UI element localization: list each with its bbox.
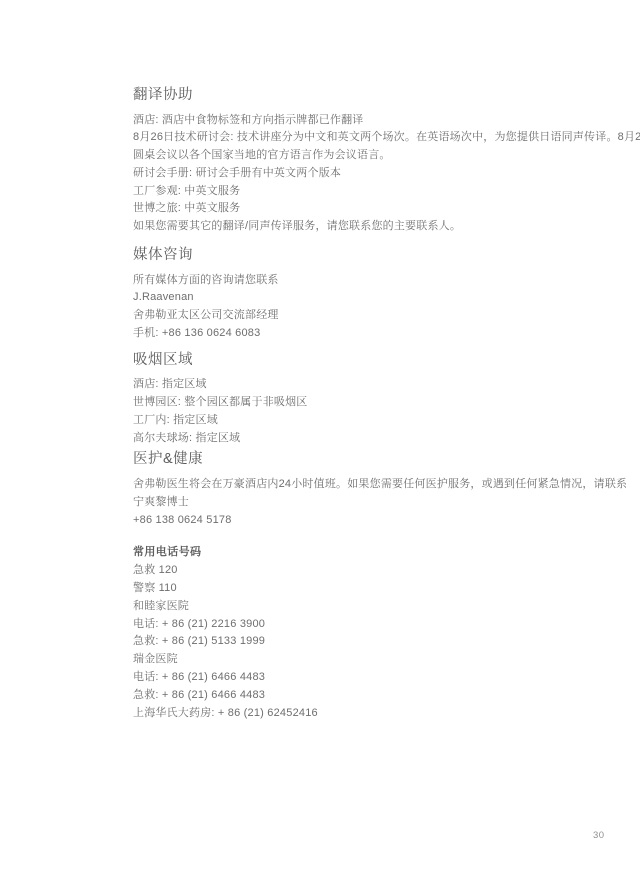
text-line: 酒店: 指定区域: [133, 376, 605, 394]
page-content: 翻译协助 酒店: 酒店中食物标签和方向指示牌都已作翻译 8月26日技术研讨会: …: [133, 88, 605, 722]
phone-line: 急救: + 86 (21) 6466 4483: [133, 687, 605, 705]
hospital-name: 瑞金医院: [133, 651, 605, 669]
phone-line: 急救: + 86 (21) 5133 1999: [133, 633, 605, 651]
section-smoking-areas: 吸烟区域 酒店: 指定区域 世博园区: 整个园区都属于非吸烟区 工厂内: 指定区…: [133, 353, 605, 448]
text-line: 圆桌会议以各个国家当地的官方语言作为会议语言。: [133, 147, 605, 165]
phone-line: 上海华氏大药房: + 86 (21) 62452416: [133, 705, 605, 723]
section-heading-medical: 医护&健康: [133, 452, 605, 467]
section-heading-smoking: 吸烟区域: [133, 353, 605, 368]
phone-line: 警察 110: [133, 580, 605, 598]
contact-name: J.Raavenan: [133, 289, 605, 307]
text-line: 所有媒体方面的咨询请您联系: [133, 272, 605, 290]
page-number: 30: [593, 830, 605, 841]
text-line: 酒店: 酒店中食物标签和方向指示牌都已作翻译: [133, 112, 605, 130]
section-heading-translation: 翻译协助: [133, 88, 605, 103]
section-heading-media: 媒体咨询: [133, 248, 605, 263]
contact-title: 舍弗勒亚太区公司交流部经理: [133, 307, 605, 325]
phone-line: 急救 120: [133, 562, 605, 580]
text-line: 舍弗勒医生将会在万豪酒店内24小时值班。如果您需要任何医护服务，或遇到任何紧急情…: [133, 476, 605, 494]
phone-line: 电话: + 86 (21) 6466 4483: [133, 669, 605, 687]
section-media-inquiries: 媒体咨询 所有媒体方面的咨询请您联系 J.Raavenan 舍弗勒亚太区公司交流…: [133, 248, 605, 343]
text-line: 工厂参观: 中英文服务: [133, 183, 605, 201]
contact-name: 宁爽黎博士: [133, 494, 605, 512]
text-line: 研讨会手册: 研讨会手册有中英文两个版本: [133, 165, 605, 183]
text-line: 工厂内: 指定区域: [133, 412, 605, 430]
text-line: 高尔夫球场: 指定区域: [133, 430, 605, 448]
contact-phone: +86 138 0624 5178: [133, 512, 605, 530]
phone-line: 电话: + 86 (21) 2216 3900: [133, 616, 605, 634]
contact-phone: 手机: +86 136 0624 6083: [133, 325, 605, 343]
section-medical-health: 医护&健康 舍弗勒医生将会在万豪酒店内24小时值班。如果您需要任何医护服务，或遇…: [133, 452, 605, 529]
section-phone-numbers: 常用电话号码 急救 120 警察 110 和睦家医院 电话: + 86 (21)…: [133, 544, 605, 722]
section-heading-phone-numbers: 常用电话号码: [133, 544, 605, 562]
text-line: 如果您需要其它的翻译/同声传译服务，请您联系您的主要联系人。: [133, 218, 605, 236]
text-line: 世博之旅: 中英文服务: [133, 200, 605, 218]
text-line: 8月26日技术研讨会: 技术讲座分为中文和英文两个场次。在英语场次中，为您提供日…: [133, 129, 605, 147]
text-line: 世博园区: 整个园区都属于非吸烟区: [133, 394, 605, 412]
hospital-name: 和睦家医院: [133, 598, 605, 616]
section-translation-assistance: 翻译协助 酒店: 酒店中食物标签和方向指示牌都已作翻译 8月26日技术研讨会: …: [133, 88, 605, 236]
document-page: 翻译协助 酒店: 酒店中食物标签和方向指示牌都已作翻译 8月26日技术研讨会: …: [0, 0, 640, 873]
